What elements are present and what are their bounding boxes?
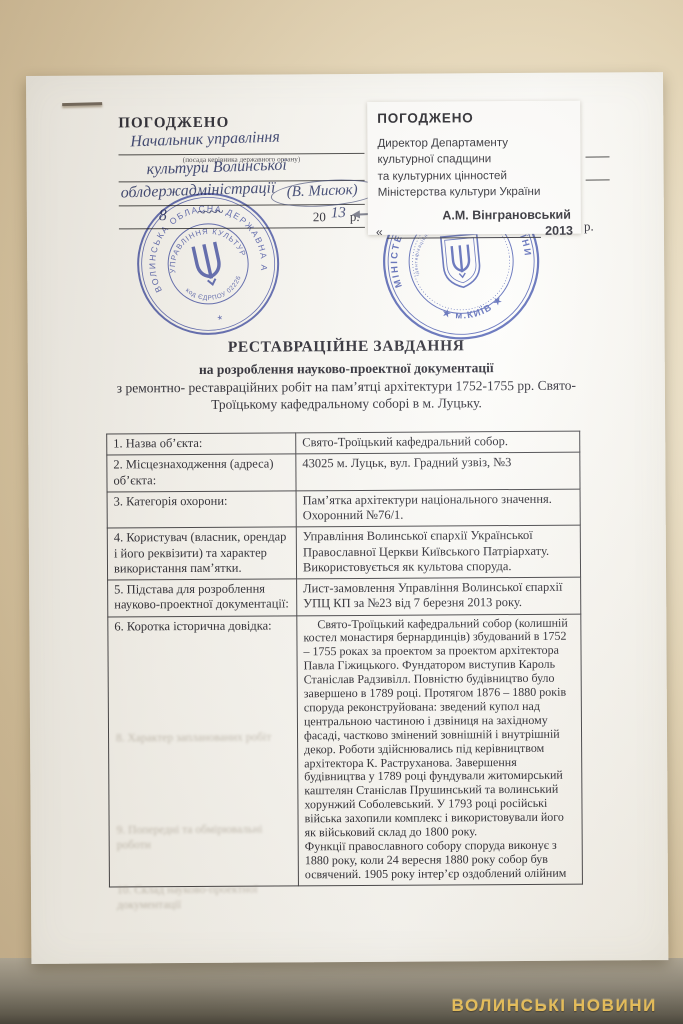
date-blank-line <box>387 225 542 239</box>
row-label: 5. Підстава для розроблення науково-прое… <box>108 579 297 617</box>
news-watermark: ВОЛИНСЬКІ НОВИНИ <box>452 996 658 1016</box>
row-label: 2. Місцезнаходження (адреса) об’єкта: <box>107 454 296 492</box>
history-paragraph-2: Функції православного собору споруда вик… <box>305 839 576 882</box>
shield-tryzub-emblem <box>441 234 482 289</box>
row-value: Лист-замовлення Управління Волинської єп… <box>297 577 581 615</box>
handwritten-signature: (В. Мисюк) <box>286 182 357 201</box>
bleedthrough-row8: 8. Характер запланованих робіт <box>116 730 284 746</box>
table-row: 1. Назва об’єкта: Свято-Троїцький кафедр… <box>107 431 580 455</box>
printed-year-prefix: 20 <box>313 209 326 225</box>
title-sub1: на розроблення науково-проектної докумен… <box>73 359 620 378</box>
row-label: 1. Назва об’єкта: <box>107 433 296 455</box>
svg-text:★ м.КИЇВ ★: ★ м.КИЇВ ★ <box>439 292 507 322</box>
handwritten-position: Начальник управління <box>130 128 280 151</box>
table-row: 3. Категорія охорони: Пам’ятка архітекту… <box>107 489 580 528</box>
approved-heading-right: ПОГОДЖЕНО <box>377 110 580 126</box>
document-title-block: РЕСТАВРАЦІЙНЕ ЗАВДАННЯ на розроблення на… <box>73 336 620 414</box>
ruled-dash <box>586 156 610 157</box>
table-row: 5. Підстава для розроблення науково-прое… <box>108 577 581 616</box>
title-sub2: з ремонтно- реставраційних робіт на пам’… <box>73 377 620 397</box>
approver-title-line: Міністерства культури України <box>378 184 581 201</box>
bleedthrough-row9: 9. Попередні та обмірювальні роботи <box>117 822 285 853</box>
approval-year: 2013 <box>545 224 573 238</box>
staple <box>62 102 102 106</box>
row-value: Свято-Троїцький кафедральний собор. <box>296 431 580 454</box>
bleedthrough-row10: 10. Склад науково-проектної документації <box>117 882 285 913</box>
open-quote: « <box>376 225 383 239</box>
approver-name: А.М. Вінграновський <box>368 208 571 223</box>
year-suffix-outside-box: р. <box>584 219 594 235</box>
handwritten-year: 13 <box>331 205 347 222</box>
stamp-city-text: ★ м.КИЇВ ★ <box>439 292 507 322</box>
approval-date-line: « 2013 <box>376 224 573 239</box>
title-main: РЕСТАВРАЦІЙНЕ ЗАВДАННЯ <box>73 336 620 357</box>
row-value: Пам’ятка архітектури національного значе… <box>296 489 580 527</box>
approver-title-line: культурної спадщини <box>377 151 580 168</box>
tryzub-emblem <box>193 242 223 287</box>
table-row: 2. Місцезнаходження (адреса) об’єкта: 43… <box>107 452 580 491</box>
table-row: 4. Користувач (власник, орендар і його р… <box>107 525 580 580</box>
row-value: Свято-Троїцький кафедральний собор (коли… <box>297 614 583 886</box>
stamp-star: * <box>217 312 225 327</box>
row-value: 43025 м. Луцьк, вул. Градний узвіз, №3 <box>296 452 580 490</box>
title-sub3: Троїцькому кафедральному соборі в м. Луц… <box>73 394 620 414</box>
restoration-task-table: 1. Назва об’єкта: Свято-Троїцький кафедр… <box>106 431 583 888</box>
approver-title-line: Директор Департаменту <box>377 135 580 152</box>
row-label: 4. Користувач (власник, орендар і його р… <box>107 527 296 580</box>
ruled-dash <box>586 179 610 180</box>
approver-title-line: та культурних цінностей <box>378 167 581 184</box>
approval-right-box: ПОГОДЖЕНО Директор Департаменту культурн… <box>367 101 581 235</box>
photo-scene: ВОЛИНСЬКІ НОВИНИ ПОГОДЖЕНО (посада керів… <box>0 0 683 1024</box>
document-paper: ПОГОДЖЕНО (посада керівника державного о… <box>26 72 668 964</box>
row-value: Управління Волинської єпархії Українсько… <box>296 525 580 578</box>
row-label: 3. Категорія охорони: <box>107 491 296 529</box>
oblast-administration-stamp: ВОЛИНСЬКА ОБЛАСНА ДЕРЖАВНА АДМІНІСТРАЦІЯ… <box>116 172 299 355</box>
history-paragraph-1: Свято-Троїцький кафедральний собор (коли… <box>303 616 575 840</box>
